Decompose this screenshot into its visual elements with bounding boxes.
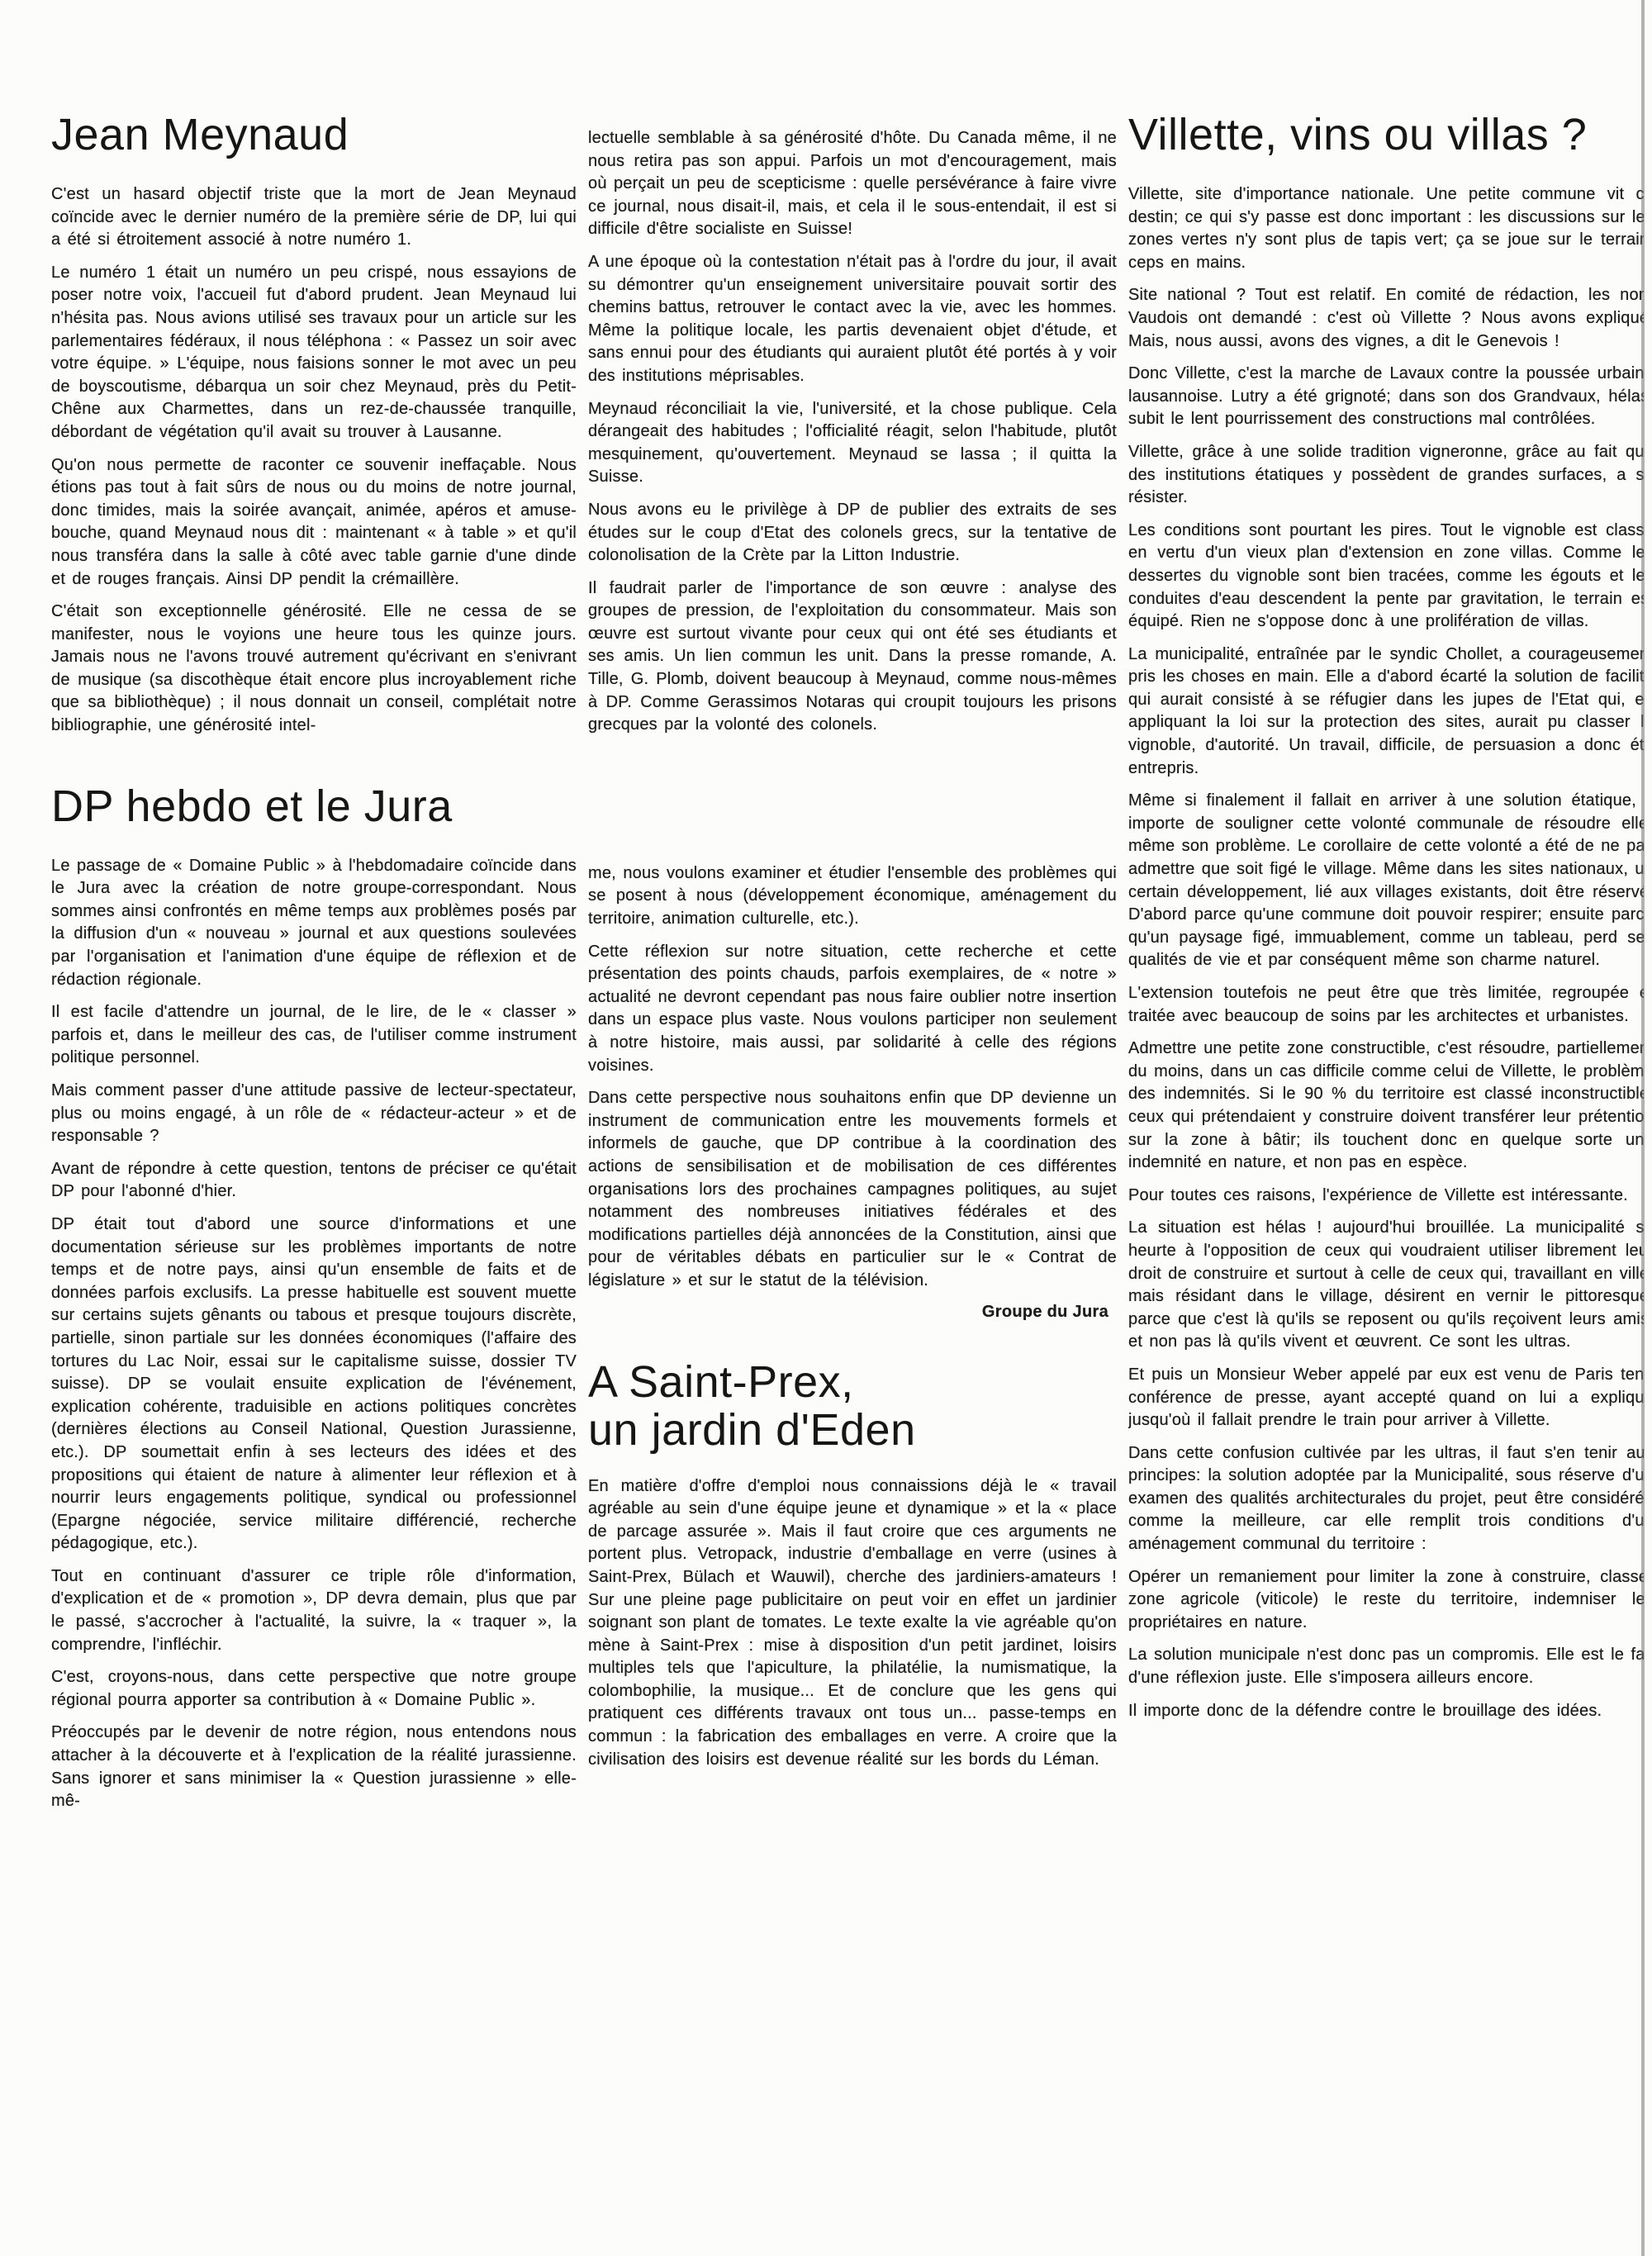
paragraph: Donc Villette, c'est la marche de Lavaux…: [1128, 363, 1644, 431]
paragraph: Il est facile d'attendre un journal, de …: [51, 1001, 577, 1070]
paragraph: Préoccupés par le devenir de notre régio…: [51, 1722, 577, 1812]
column-left: Jean Meynaud C'est un hasard objectif tr…: [51, 106, 577, 1823]
paragraph: La solution municipale n'est donc pas un…: [1128, 1644, 1644, 1689]
paragraph: Villette, site d'importance nationale. U…: [1128, 183, 1644, 274]
paragraph: Pour toutes ces raisons, l'expérience de…: [1128, 1185, 1644, 1208]
article-body-jean-meynaud-col2: lectuelle semblable à sa générosité d'hô…: [588, 127, 1117, 737]
paragraph: L'extension toutefois ne peut être que t…: [1128, 982, 1644, 1028]
article-signature-groupe-du-jura: Groupe du Jura: [588, 1303, 1108, 1322]
paragraph: Il importe donc de la défendre contre le…: [1128, 1700, 1644, 1723]
paragraph: C'est, croyons-nous, dans cette perspect…: [51, 1666, 577, 1712]
paragraph: La situation est hélas ! aujourd'hui bro…: [1128, 1217, 1644, 1354]
scan-edge-line: [1641, 0, 1645, 2256]
paragraph: Opérer un remaniement pour limiter la zo…: [1128, 1566, 1644, 1635]
column-right: Villette, vins ou villas ? Villette, sit…: [1128, 106, 1644, 1732]
paragraph: En matière d'offre d'emploi nous connais…: [588, 1475, 1117, 1772]
paragraph: Le passage de « Domaine Public » à l'heb…: [51, 855, 577, 992]
paragraph: Site national ? Tout est relatif. En com…: [1128, 284, 1644, 353]
paragraph: Villette, grâce à une solide tradition v…: [1128, 441, 1644, 510]
paragraph: lectuelle semblable à sa générosité d'hô…: [588, 127, 1117, 241]
paragraph: C'est un hasard objectif triste que la m…: [51, 183, 577, 252]
article-body-villette: Villette, site d'importance nationale. U…: [1128, 183, 1644, 1722]
article-gap: [588, 747, 1117, 862]
paragraph: me, nous voulons examiner et étudier l'e…: [588, 862, 1117, 931]
paragraph: DP était tout d'abord une source d'infor…: [51, 1213, 577, 1555]
article-title-villette: Villette, vins ou villas ?: [1128, 111, 1644, 159]
paragraph: La municipalité, entraînée par le syndic…: [1128, 644, 1644, 781]
article-title-jean-meynaud: Jean Meynaud: [51, 111, 577, 159]
paragraph: Il faudrait parler de l'importance de so…: [588, 577, 1117, 737]
paragraph: Mais comment passer d'une attitude passi…: [51, 1080, 577, 1148]
paragraph: Le numéro 1 était un numéro un peu crisp…: [51, 262, 577, 444]
paragraph: Tout en continuant d'assurer ce triple r…: [51, 1565, 577, 1656]
newspaper-page: Jean Meynaud C'est un hasard objectif tr…: [0, 0, 1652, 2256]
paragraph: Qu'on nous permette de raconter ce souve…: [51, 454, 577, 591]
column-middle: lectuelle semblable à sa générosité d'hô…: [588, 106, 1117, 1781]
paragraph: Dans cette confusion cultivée par les ul…: [1128, 1442, 1644, 1556]
paragraph: Même si finalement il fallait en arriver…: [1128, 790, 1644, 972]
article-body-dp-hebdo-col1: Le passage de « Domaine Public » à l'heb…: [51, 855, 577, 1813]
paragraph: Les conditions sont pourtant les pires. …: [1128, 520, 1644, 634]
article-body-dp-hebdo-col2: me, nous voulons examiner et étudier l'e…: [588, 862, 1117, 1293]
paragraph: C'était son exceptionnelle générosité. E…: [51, 601, 577, 738]
paragraph: Admettre une petite zone constructible, …: [1128, 1038, 1644, 1175]
article-body-jean-meynaud-col1: C'est un hasard objectif triste que la m…: [51, 183, 577, 738]
paragraph: Nous avons eu le privilège à DP de publi…: [588, 499, 1117, 568]
article-body-saint-prex: En matière d'offre d'emploi nous connais…: [588, 1475, 1117, 1772]
article-title-saint-prex: A Saint-Prex, un jardin d'Eden: [588, 1358, 1117, 1454]
paragraph: Et puis un Monsieur Weber appelé par eux…: [1128, 1364, 1644, 1432]
paragraph: Meynaud réconciliait la vie, l'universit…: [588, 398, 1117, 489]
paragraph: Dans cette perspective nous souhaitons e…: [588, 1087, 1117, 1292]
column-right-inner: Villette, vins ou villas ? Villette, sit…: [1128, 111, 1644, 1722]
paragraph: Cette réflexion sur notre situation, cet…: [588, 941, 1117, 1078]
article-title-dp-hebdo-jura: DP hebdo et le Jura: [51, 782, 577, 830]
paragraph: Avant de répondre à cette question, tent…: [51, 1158, 577, 1204]
paragraph: A une époque où la contestation n'était …: [588, 251, 1117, 388]
